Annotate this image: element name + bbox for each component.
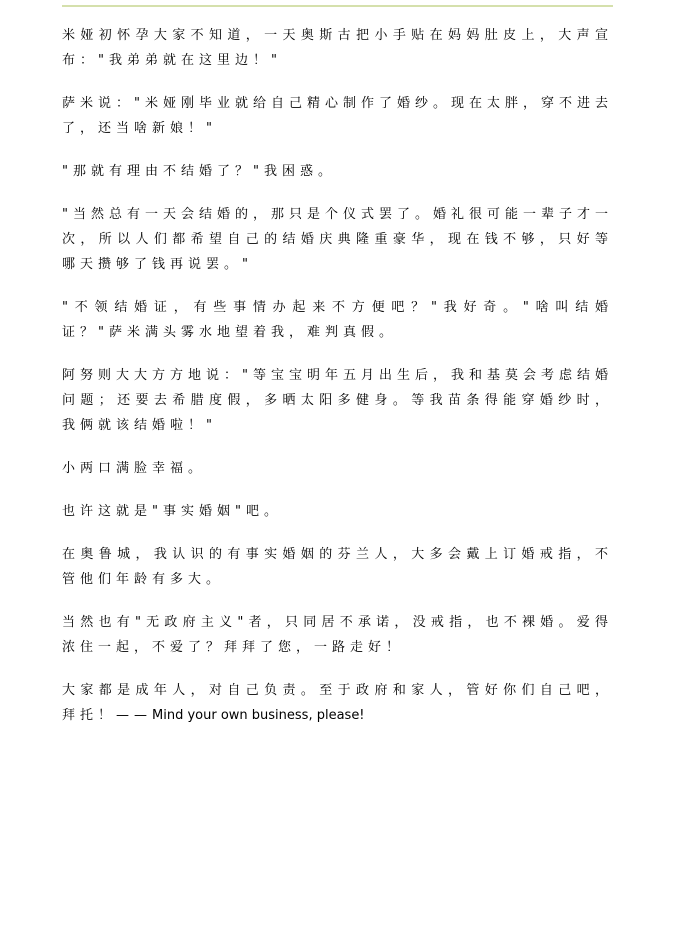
paragraph-text: 在奥鲁城，我认识的有事实婚姻的芬兰人，大多会戴上订婚戒指，不管他们年龄有多大。 <box>62 547 613 587</box>
paragraph-text-english: Mind your own business, please! <box>152 708 365 723</box>
paragraph: "不领结婚证，有些事情办起来不方便吧？"我好奇。"啥叫结婚证？"萨米满头雾水地望… <box>62 295 613 345</box>
document-page: 米娅初怀孕大家不知道，一天奥斯古把小手贴在妈妈肚皮上，大声宣布："我弟弟就在这里… <box>0 0 673 935</box>
top-divider-line <box>62 5 613 7</box>
paragraph-text: 小两口满脸幸福。 <box>62 461 206 476</box>
paragraph-text: 当然也有"无政府主义"者，只同居不承诺，没戒指，也不裸婚。爱得浓住一起，不爱了？… <box>62 615 613 655</box>
paragraph-text: "当然总有一天会结婚的，那只是个仪式罢了。婚礼很可能一辈子才一次，所以人们都希望… <box>62 207 613 272</box>
paragraph-text: 阿努则大大方方地说："等宝宝明年五月出生后，我和基莫会考虑结婚问题；还要去希腊度… <box>62 368 613 433</box>
paragraph: 小两口满脸幸福。 <box>62 456 613 481</box>
paragraph: 也许这就是"事实婚姻"吧。 <box>62 499 613 524</box>
paragraph: 米娅初怀孕大家不知道，一天奥斯古把小手贴在妈妈肚皮上，大声宣布："我弟弟就在这里… <box>62 23 613 73</box>
paragraph-text: 也许这就是"事实婚姻"吧。 <box>62 504 282 519</box>
paragraph: 萨米说："米娅刚毕业就给自己精心制作了婚纱。现在太胖，穿不进去了，还当啥新娘！" <box>62 91 613 141</box>
paragraph-text: 萨米说："米娅刚毕业就给自己精心制作了婚纱。现在太胖，穿不进去了，还当啥新娘！" <box>62 96 613 136</box>
paragraph: 阿努则大大方方地说："等宝宝明年五月出生后，我和基莫会考虑结婚问题；还要去希腊度… <box>62 363 613 438</box>
paragraph: 当然也有"无政府主义"者，只同居不承诺，没戒指，也不裸婚。爱得浓住一起，不爱了？… <box>62 610 613 660</box>
paragraph: 大家都是成年人，对自己负责。至于政府和家人，管好你们自己吧，拜托！——Mind … <box>62 678 613 728</box>
paragraph: "当然总有一天会结婚的，那只是个仪式罢了。婚礼很可能一辈子才一次，所以人们都希望… <box>62 202 613 277</box>
paragraph-text: "不领结婚证，有些事情办起来不方便吧？"我好奇。"啥叫结婚证？"萨米满头雾水地望… <box>62 300 613 340</box>
paragraph: "那就有理由不结婚了？"我困惑。 <box>62 159 613 184</box>
paragraph-text: 米娅初怀孕大家不知道，一天奥斯古把小手贴在妈妈肚皮上，大声宣布："我弟弟就在这里… <box>62 28 613 68</box>
paragraph: 在奥鲁城，我认识的有事实婚姻的芬兰人，大多会戴上订婚戒指，不管他们年龄有多大。 <box>62 542 613 592</box>
article-body: 米娅初怀孕大家不知道，一天奥斯古把小手贴在妈妈肚皮上，大声宣布："我弟弟就在这里… <box>62 23 613 746</box>
paragraph-text: "那就有理由不结婚了？"我困惑。 <box>62 164 336 179</box>
